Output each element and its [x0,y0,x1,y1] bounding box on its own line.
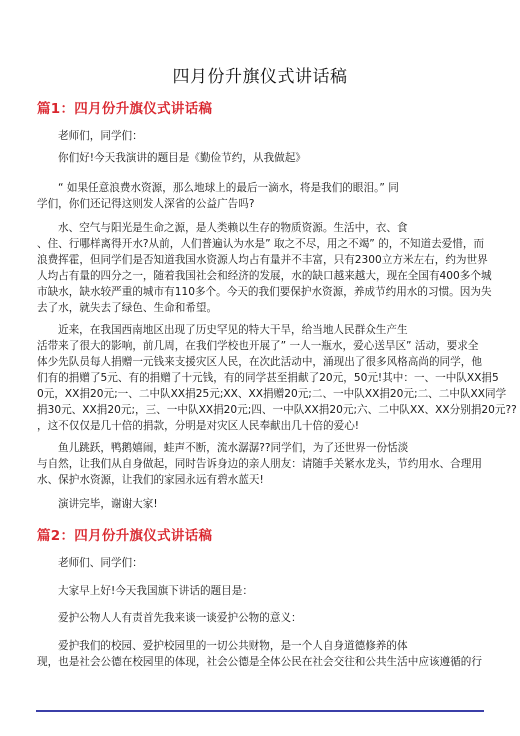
paragraph-closing: 演讲完毕，谢谢大家! [37,496,479,512]
paragraph-drought: 近来，在我国西南地区出现了历史罕见的特大干旱，给当地人民群众生产生 活带来了很大… [37,322,479,434]
paragraph-intro-2: 大家早上好!今天我国旗下讲话的题目是： [37,583,479,599]
text-line: 水、保护水资源，让我们的家园永远有碧水蓝天! [37,472,479,488]
text-line: 人均占有量的四分之一，随着我国社会和经济的发展，水的缺口越来越大，现在全国有40… [37,268,479,284]
document-title: 四月份升旗仪式讲话稿 [0,66,520,88]
text-line: 演讲完毕，谢谢大家! [37,496,479,512]
document-page: 四月份升旗仪式讲话稿 篇1：四月份升旗仪式讲话稿 老师们，同学们： 你们好!今天… [0,0,520,736]
text-line: 与自然，让我们从自身做起，同时告诉身边的亲人朋友：请随手关紧水龙头，节约用水、合… [37,456,479,472]
footer-divider [36,710,484,712]
text-line: 现，也是社会公德在校园里的体现，社会公德是全体公民在社会交往和公共生活中应该遵循… [37,654,479,670]
text-line: 们有的捐赠了5元、有的捐赠了十元钱，有的同学甚至捐献了20元，50元!其中：一、… [37,370,479,386]
text-line: 爱护我们的校园、爱护校园里的一切公共财物，是一个人自身道德修养的体 [37,638,479,654]
text-line: 老师们，同学们： [37,128,479,144]
text-line: 老师们、同学们： [37,555,479,571]
text-line: 市缺水，缺水较严重的城市有110多个。今天的我们要保护水资源，养成节约用水的习惯… [37,284,479,300]
paragraph-nature: 鱼儿跳跃，鸭鹅嬉闹，蛙声不断，流水潺潺??同学们，为了还世界一份恬淡 与自然，让… [37,440,479,488]
text-line: ，这不仅仅是几十倍的捐款，分明是对灾区人民奉献出几十倍的爱心! [37,418,479,434]
text-line: 去了水，就失去了绿色、生命和希望。 [37,300,479,316]
paragraph-intro: 你们好!今天我演讲的题目是《勤俭节约，从我做起》 [37,150,479,166]
text-line: 活带来了很大的影响，前几周，在我们学校也开展了” 一人一瓶水，爱心送旱区” 活动… [37,338,479,354]
section-heading-1: 篇1：四月份升旗仪式讲话稿 [37,100,212,118]
text-line: 水、空气与阳光是生命之源，是人类赖以生存的物质资源。生活中，衣、食 [37,220,479,236]
text-line: 学们，你们还记得这则发人深省的公益广告吗? [37,196,479,212]
paragraph-public-property: 爱护我们的校园、爱护校园里的一切公共财物，是一个人自身道德修养的体 现，也是社会… [37,638,479,670]
text-line: 爱护公物人人有责首先我来谈一谈爱护公物的意义： [37,610,479,626]
section-heading-2: 篇2：四月份升旗仪式讲话稿 [37,527,212,545]
text-line: 近来，在我国西南地区出现了历史罕见的特大干旱，给当地人民群众生产生 [37,322,479,338]
paragraph-water-resources: 水、空气与阳光是生命之源，是人类赖以生存的物质资源。生活中，衣、食 、住、行哪样… [37,220,479,316]
paragraph-greeting-2: 老师们、同学们： [37,555,479,571]
text-line: 鱼儿跳跃，鸭鹅嬉闹，蛙声不断，流水潺潺??同学们，为了还世界一份恬淡 [37,440,479,456]
paragraph-topic-2: 爱护公物人人有责首先我来谈一谈爱护公物的意义： [37,610,479,626]
text-line: 浪费挥霍，但同学们是否知道我国水资源人均占有量并不丰富，只有2300立方米左右，… [37,252,479,268]
text-line: 、住、行哪样离得开水?从前，人们普遍认为水是” 取之不尽，用之不竭” 的，不知道… [37,236,479,252]
text-line: 你们好!今天我演讲的题目是《勤俭节约，从我做起》 [37,150,479,166]
paragraph-greeting: 老师们，同学们： [37,128,479,144]
paragraph-quote: “ 如果任意浪费水资源，那么地球上的最后一滴水，将是我们的眼泪。” 同 学们，你… [37,180,479,212]
text-line: “ 如果任意浪费水资源，那么地球上的最后一滴水，将是我们的眼泪。” 同 [37,180,479,196]
text-line: 体少先队员每人捐赠一元钱来支援灾区人民，在次此活动中，涌现出了很多风格高尚的同学… [37,354,479,370]
text-line: 大家早上好!今天我国旗下讲话的题目是： [37,583,479,599]
text-line: 0元，XX捐20元;一、二中队XX捐25元;XX、XX捐赠20元;二、一中队XX… [37,386,479,402]
text-line: 捐30元、XX捐20元;，三、一中队XX捐20元;四、一中队XX捐20元;六、二… [37,402,479,418]
